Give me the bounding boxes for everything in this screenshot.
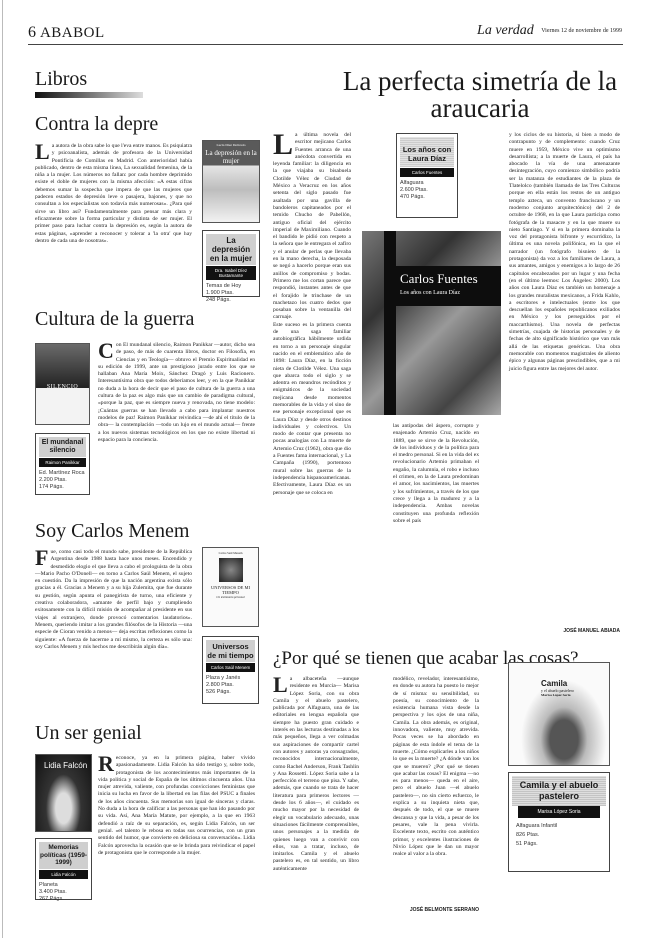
book-cover-fuentes: Carlos Fuentes Los años con Laura Díaz (362, 231, 501, 415)
article-body-fuentes-col1: La última novela del escritor mejicano C… (273, 132, 351, 497)
book-info-camila: Camila y el abuelo pastelero Marisa Lópe… (508, 772, 610, 872)
dropcap: F (35, 549, 48, 567)
article-body-menem: Fue, como casi todo el mundo sabe, presi… (35, 549, 192, 651)
book-info-fuentes: Los años con Laura Díaz Carlos Fuentes A… (396, 133, 458, 218)
book-cover-camila: Camila y el abuelo pastelero Marisa Lópe… (508, 662, 610, 766)
newspaper-name: La verdad (477, 23, 534, 38)
page-header-section: 6 ABABOL (28, 24, 105, 42)
article-title-menem: Soy Carlos Menem (35, 520, 189, 543)
article-body-camila-col2: modélico, revelador, interesantísimo, en… (393, 676, 479, 858)
dropcap: L (273, 676, 288, 694)
article-title-genial: Un ser genial (35, 722, 142, 745)
book-cover-contra: Lucía Díez Delicado La depresión en la m… (202, 140, 260, 223)
book-info-contra: La depresión en la mujer Dra. Isabel Díe… (202, 230, 260, 297)
article-body-cultura: Con El mundanal silencio, Raimon Panikka… (98, 342, 255, 444)
section-name: ABABOL (40, 25, 105, 41)
book-info-genial: Memorias políticas (1959-1999) Lidia Fal… (35, 838, 92, 900)
book-cover-cultura: SILENCIO (35, 343, 90, 425)
dropcap: R (98, 755, 114, 773)
article-body-fuentes-col3: y los ciclos de su historia, si bien a m… (509, 132, 620, 373)
section-label: Libros (35, 68, 87, 91)
page-header-newspaper: La verdad Viernes 12 de noviembre de 199… (477, 23, 622, 39)
book-info-cultura: El mundanal silencio Raimon Panikkar Ed.… (35, 433, 90, 495)
page-edge-line (2, 0, 3, 938)
article-title-fuentes: La perfecta simetría de la araucaria (330, 68, 630, 122)
article-body-genial: Reconoce, ya en la primera página, haber… (98, 755, 255, 857)
byline-camila: JOSÉ BELMONTE SERRANO (393, 907, 479, 913)
page-number: 6 (28, 24, 37, 41)
article-body-contra: La autora de la obra sabe lo que l'eva e… (35, 143, 192, 245)
article-title-contra: Contra la depre (35, 113, 158, 136)
book-cover-genial: Lidia Falcón (35, 754, 92, 832)
byline-fuentes: JOSÉ MANUEL ABIADA (509, 628, 620, 634)
dropcap: L (35, 143, 50, 161)
article-title-cultura: Cultura de la guerra (35, 308, 194, 331)
dropcap: L (273, 132, 293, 158)
book-info-menem: Universos de mi tiempo Carlos Saúl Menem… (202, 636, 259, 704)
article-body-fuentes-col2: las antípodas del áspero, corrupto y ena… (393, 423, 479, 525)
dropcap: C (98, 342, 114, 360)
section-label-bar (35, 92, 143, 98)
issue-date: Viernes 12 de noviembre de 1999 (541, 28, 622, 34)
article-body-camila-col1: La albaceteña —aunque residente en Murci… (273, 676, 359, 873)
header-rule (28, 44, 623, 45)
book-cover-menem: Carlos Saúl Menem UNIVERSOS DE MI TIEMPO… (202, 547, 259, 627)
author-portrait (219, 558, 243, 582)
